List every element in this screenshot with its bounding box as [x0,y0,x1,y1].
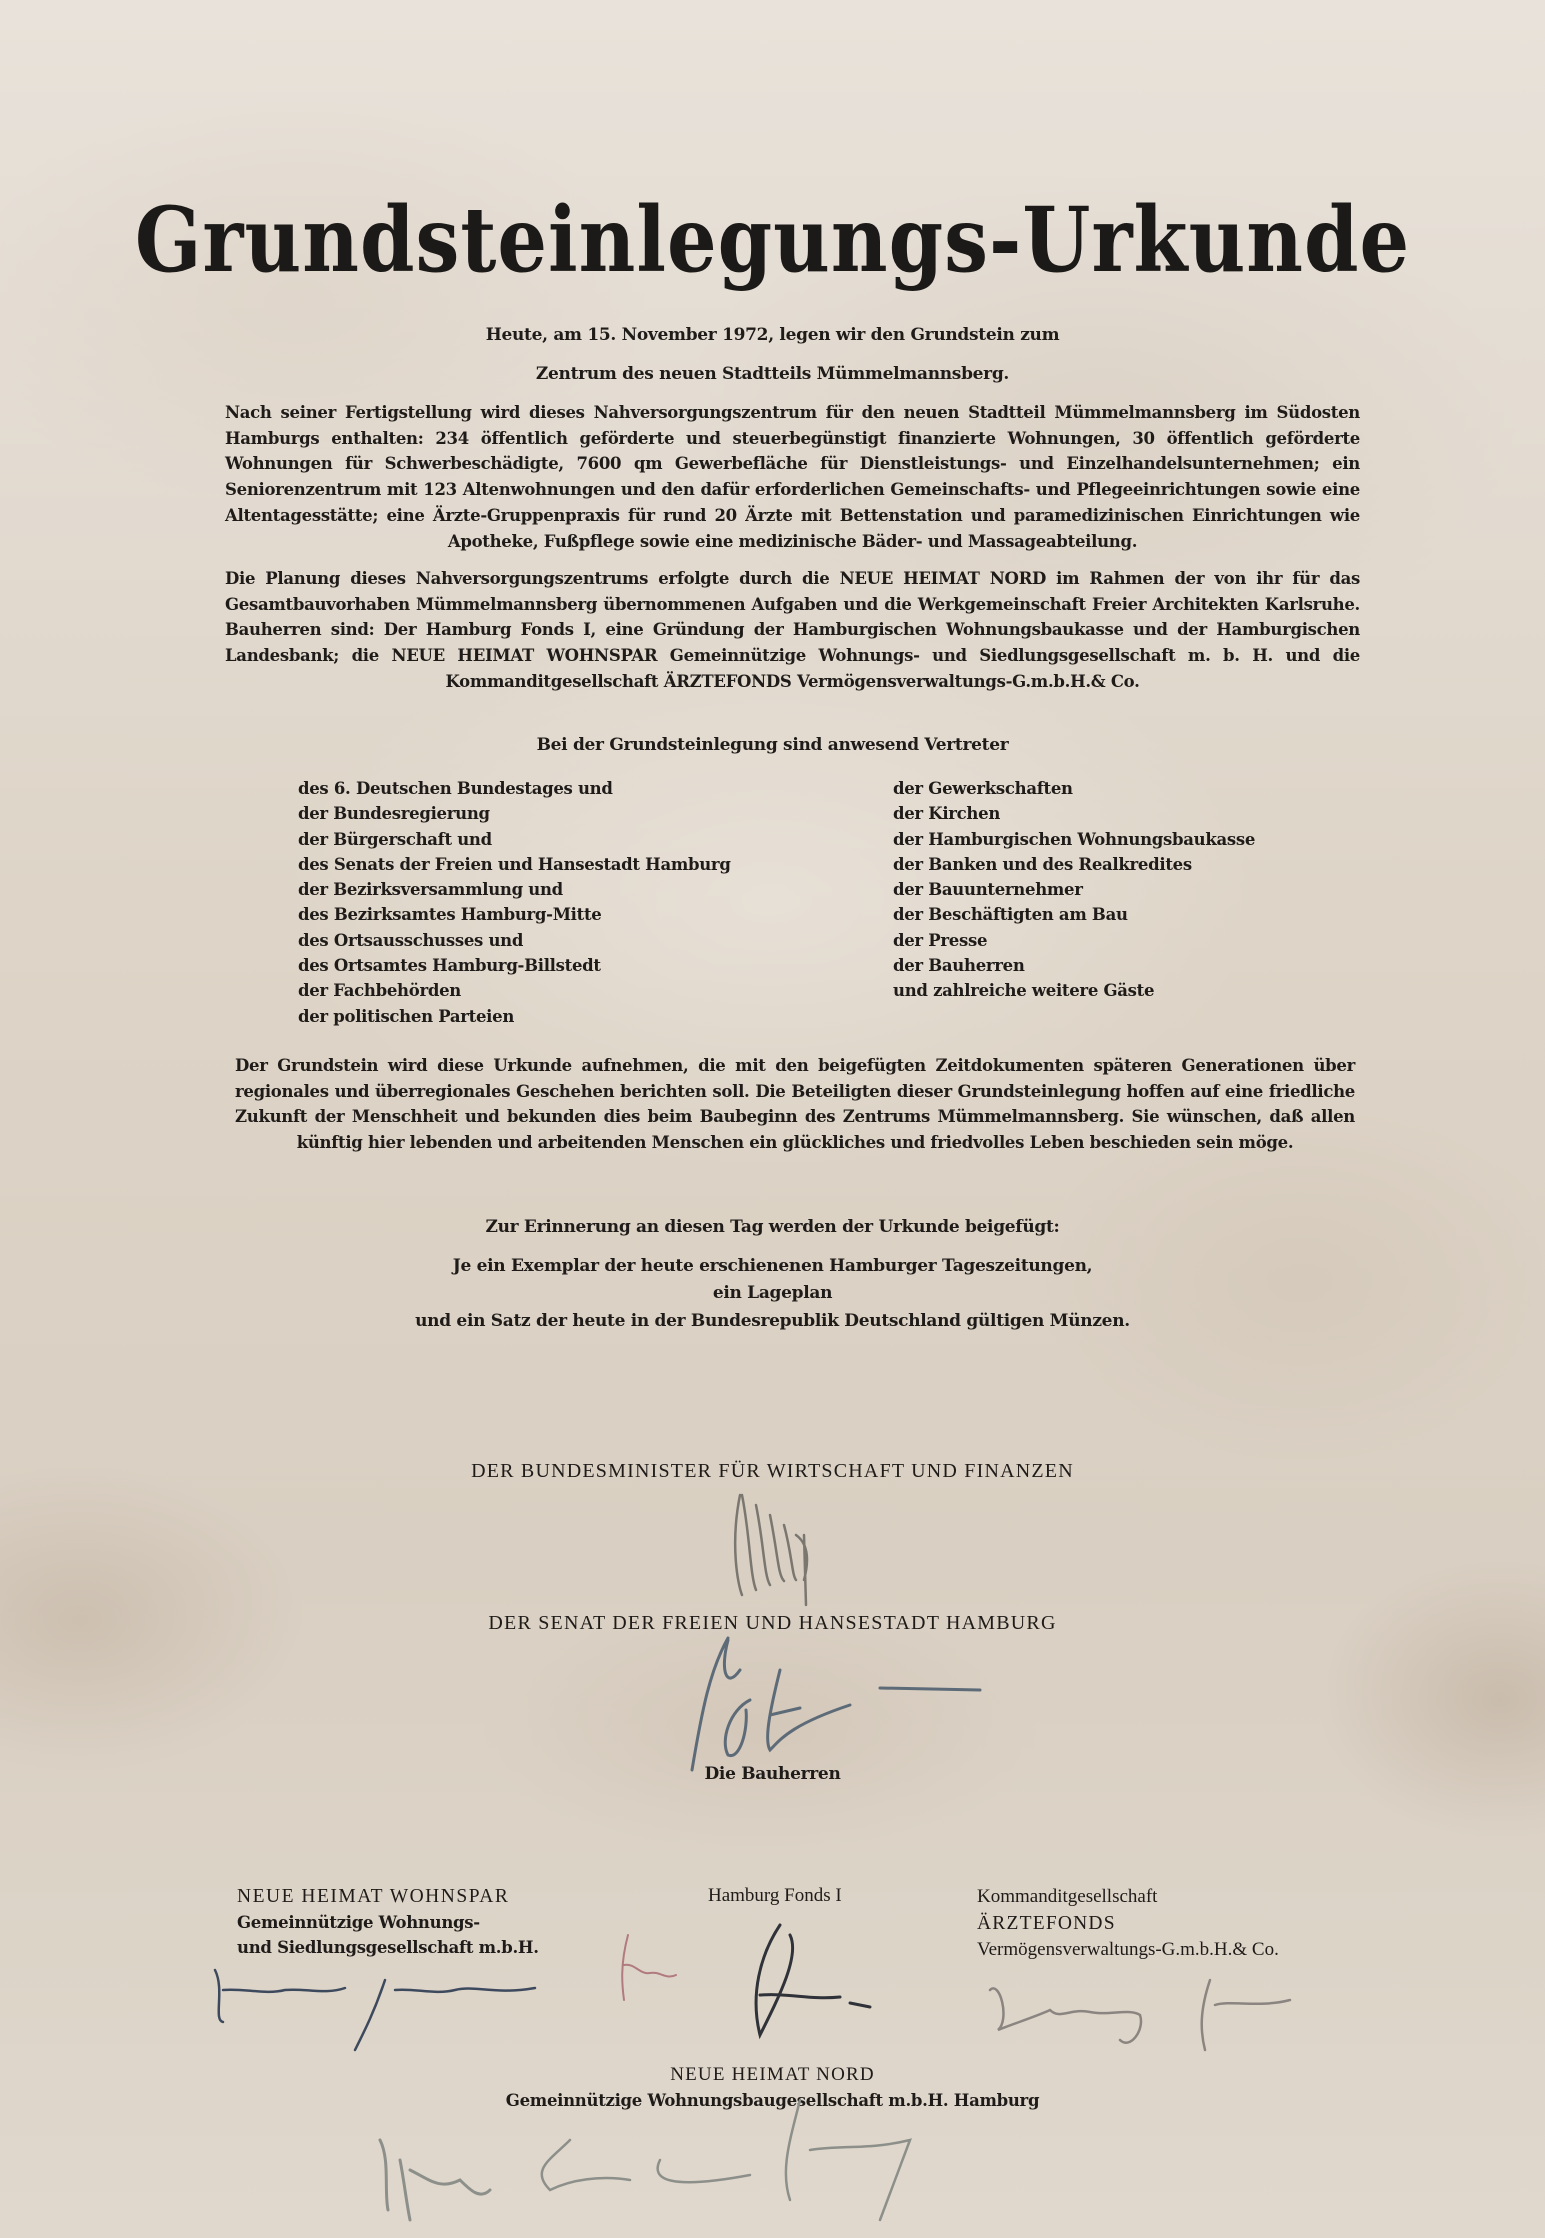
paragraph-planning: Die Planung dieses Nahversorgungszentrum… [225,566,1360,695]
attendee-item: des Senats der Freien und Hansestadt Ham… [298,852,731,877]
attendee-item: der Presse [893,928,1255,953]
attendee-item: der Banken und des Realkredites [893,852,1255,877]
attendee-item: der Hamburgischen Wohnungsbaukasse [893,827,1255,852]
enclosures-heading: Zur Erinnerung an diesen Tag werden der … [0,1217,1545,1237]
attendee-item: der Fachbehörden [298,978,731,1003]
intro-line-1: Heute, am 15. November 1972, legen wir d… [0,325,1545,345]
attendee-item: der Bauherren [893,953,1255,978]
attendee-item: der Bürgerschaft und [298,827,731,852]
enclosure-item: ein Lageplan [0,1283,1545,1303]
enclosure-item: und ein Satz der heute in der Bundesrepu… [0,1311,1545,1331]
attendee-item: des Ortsamtes Hamburg-Billstedt [298,953,731,978]
nord-name: NEUE HEIMAT NORD [0,2064,1545,2086]
bauherren-heading: Die Bauherren [0,1764,1545,1784]
wohnspar-line-2: und Siedlungsgesellschaft m.b.H. [237,1938,539,1957]
attendee-item: der Bezirksversammlung und [298,877,731,902]
attendee-item: des Ortsausschusses und [298,928,731,953]
aerztefonds-line-2: Vermögensverwaltungs-G.m.b.H.& Co. [977,1939,1279,1961]
attendee-item: des 6. Deutschen Bundestages und [298,776,731,801]
attendee-item: der politischen Parteien [298,1004,731,1029]
signatory-minister: DER BUNDESMINISTER FÜR WIRTSCHAFT UND FI… [0,1460,1545,1483]
attendee-item: der Bundesregierung [298,801,731,826]
attendees-left-list: des 6. Deutschen Bundestages undder Bund… [298,776,731,1029]
attendee-item: der Bauunternehmer [893,877,1255,902]
attendee-item: der Kirchen [893,801,1255,826]
attendee-item: der Gewerkschaften [893,776,1255,801]
paragraph-facilities: Nach seiner Fertigstellung wird dieses N… [225,400,1360,554]
attendees-heading: Bei der Grundsteinlegung sind anwesend V… [0,735,1545,755]
aerztefonds-line-1: Kommanditgesellschaft [977,1886,1157,1908]
attendee-item: der Beschäftigten am Bau [893,902,1255,927]
paragraph-closing: Der Grundstein wird diese Urkunde aufneh… [235,1053,1355,1156]
aerztefonds-name: ÄRZTEFONDS [977,1913,1116,1935]
attendees-right-list: der Gewerkschaftender Kirchender Hamburg… [893,776,1255,1004]
intro-line-2: Zentrum des neuen Stadtteils Mümmelmanns… [0,364,1545,384]
enclosure-item: Je ein Exemplar der heute erschienenen H… [0,1256,1545,1276]
fonds-name: Hamburg Fonds I [708,1885,842,1907]
document-title: Grundsteinlegungs-Urkunde [0,188,1545,293]
wohnspar-line-1: Gemeinnützige Wohnungs- [237,1913,480,1932]
attendee-item: und zahlreiche weitere Gäste [893,978,1255,1003]
attendee-item: des Bezirksamtes Hamburg-Mitte [298,902,731,927]
signatory-senat: DER SENAT DER FREIEN UND HANSESTADT HAMB… [0,1612,1545,1635]
wohnspar-name: NEUE HEIMAT WOHNSPAR [237,1886,509,1908]
nord-line-1: Gemeinnützige Wohnungsbaugesellschaft m.… [0,2091,1545,2110]
